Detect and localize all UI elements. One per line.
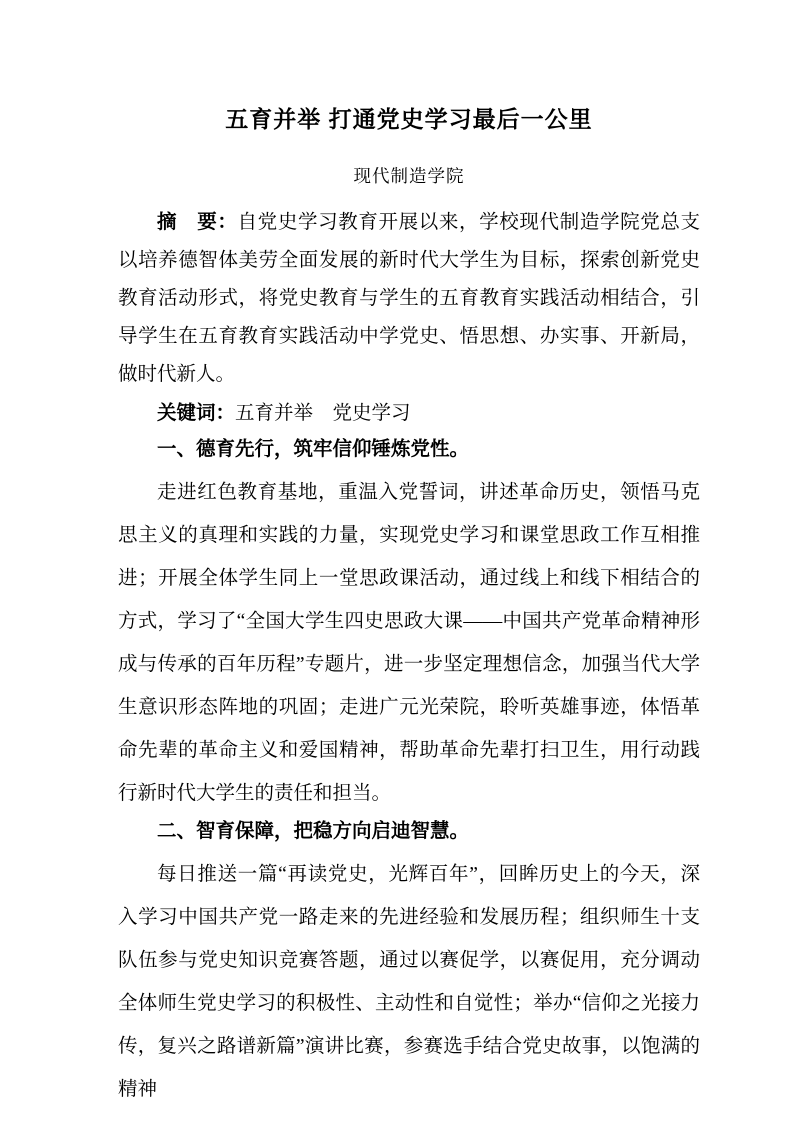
section-2-heading: 二、智育保障，把稳方向启迪智慧。 (118, 810, 700, 853)
document-title: 五育并举 打通党史学习最后一公里 (118, 102, 700, 136)
section-1-heading: 一、德育先行，筑牢信仰锤炼党性。 (118, 428, 700, 471)
section-1-body: 走进红色教育基地，重温入党誓词，讲述革命历史，领悟马克思主义的真理和实践的力量，… (118, 471, 700, 815)
abstract-label: 摘 要： (157, 211, 238, 233)
keywords-text: 五育并举 党史学习 (235, 403, 411, 424)
section-2-body: 每日推送一篇“再读党史，光辉百年”，回眸历史上的今天，深入学习中国共产党一路走来… (118, 853, 700, 1111)
affiliation: 现代制造学院 (118, 164, 700, 188)
abstract-text: 自党史学习教育开展以来，学校现代制造学院党总支以培养德智体美劳全面发展的新时代大… (118, 212, 700, 385)
keywords-label: 关键词： (157, 402, 235, 424)
document-page: 五育并举 打通党史学习最后一公里 现代制造学院 摘 要：自党史学习教育开展以来，… (0, 0, 793, 1122)
abstract-paragraph: 摘 要：自党史学习教育开展以来，学校现代制造学院党总支以培养德智体美劳全面发展的… (118, 203, 700, 394)
